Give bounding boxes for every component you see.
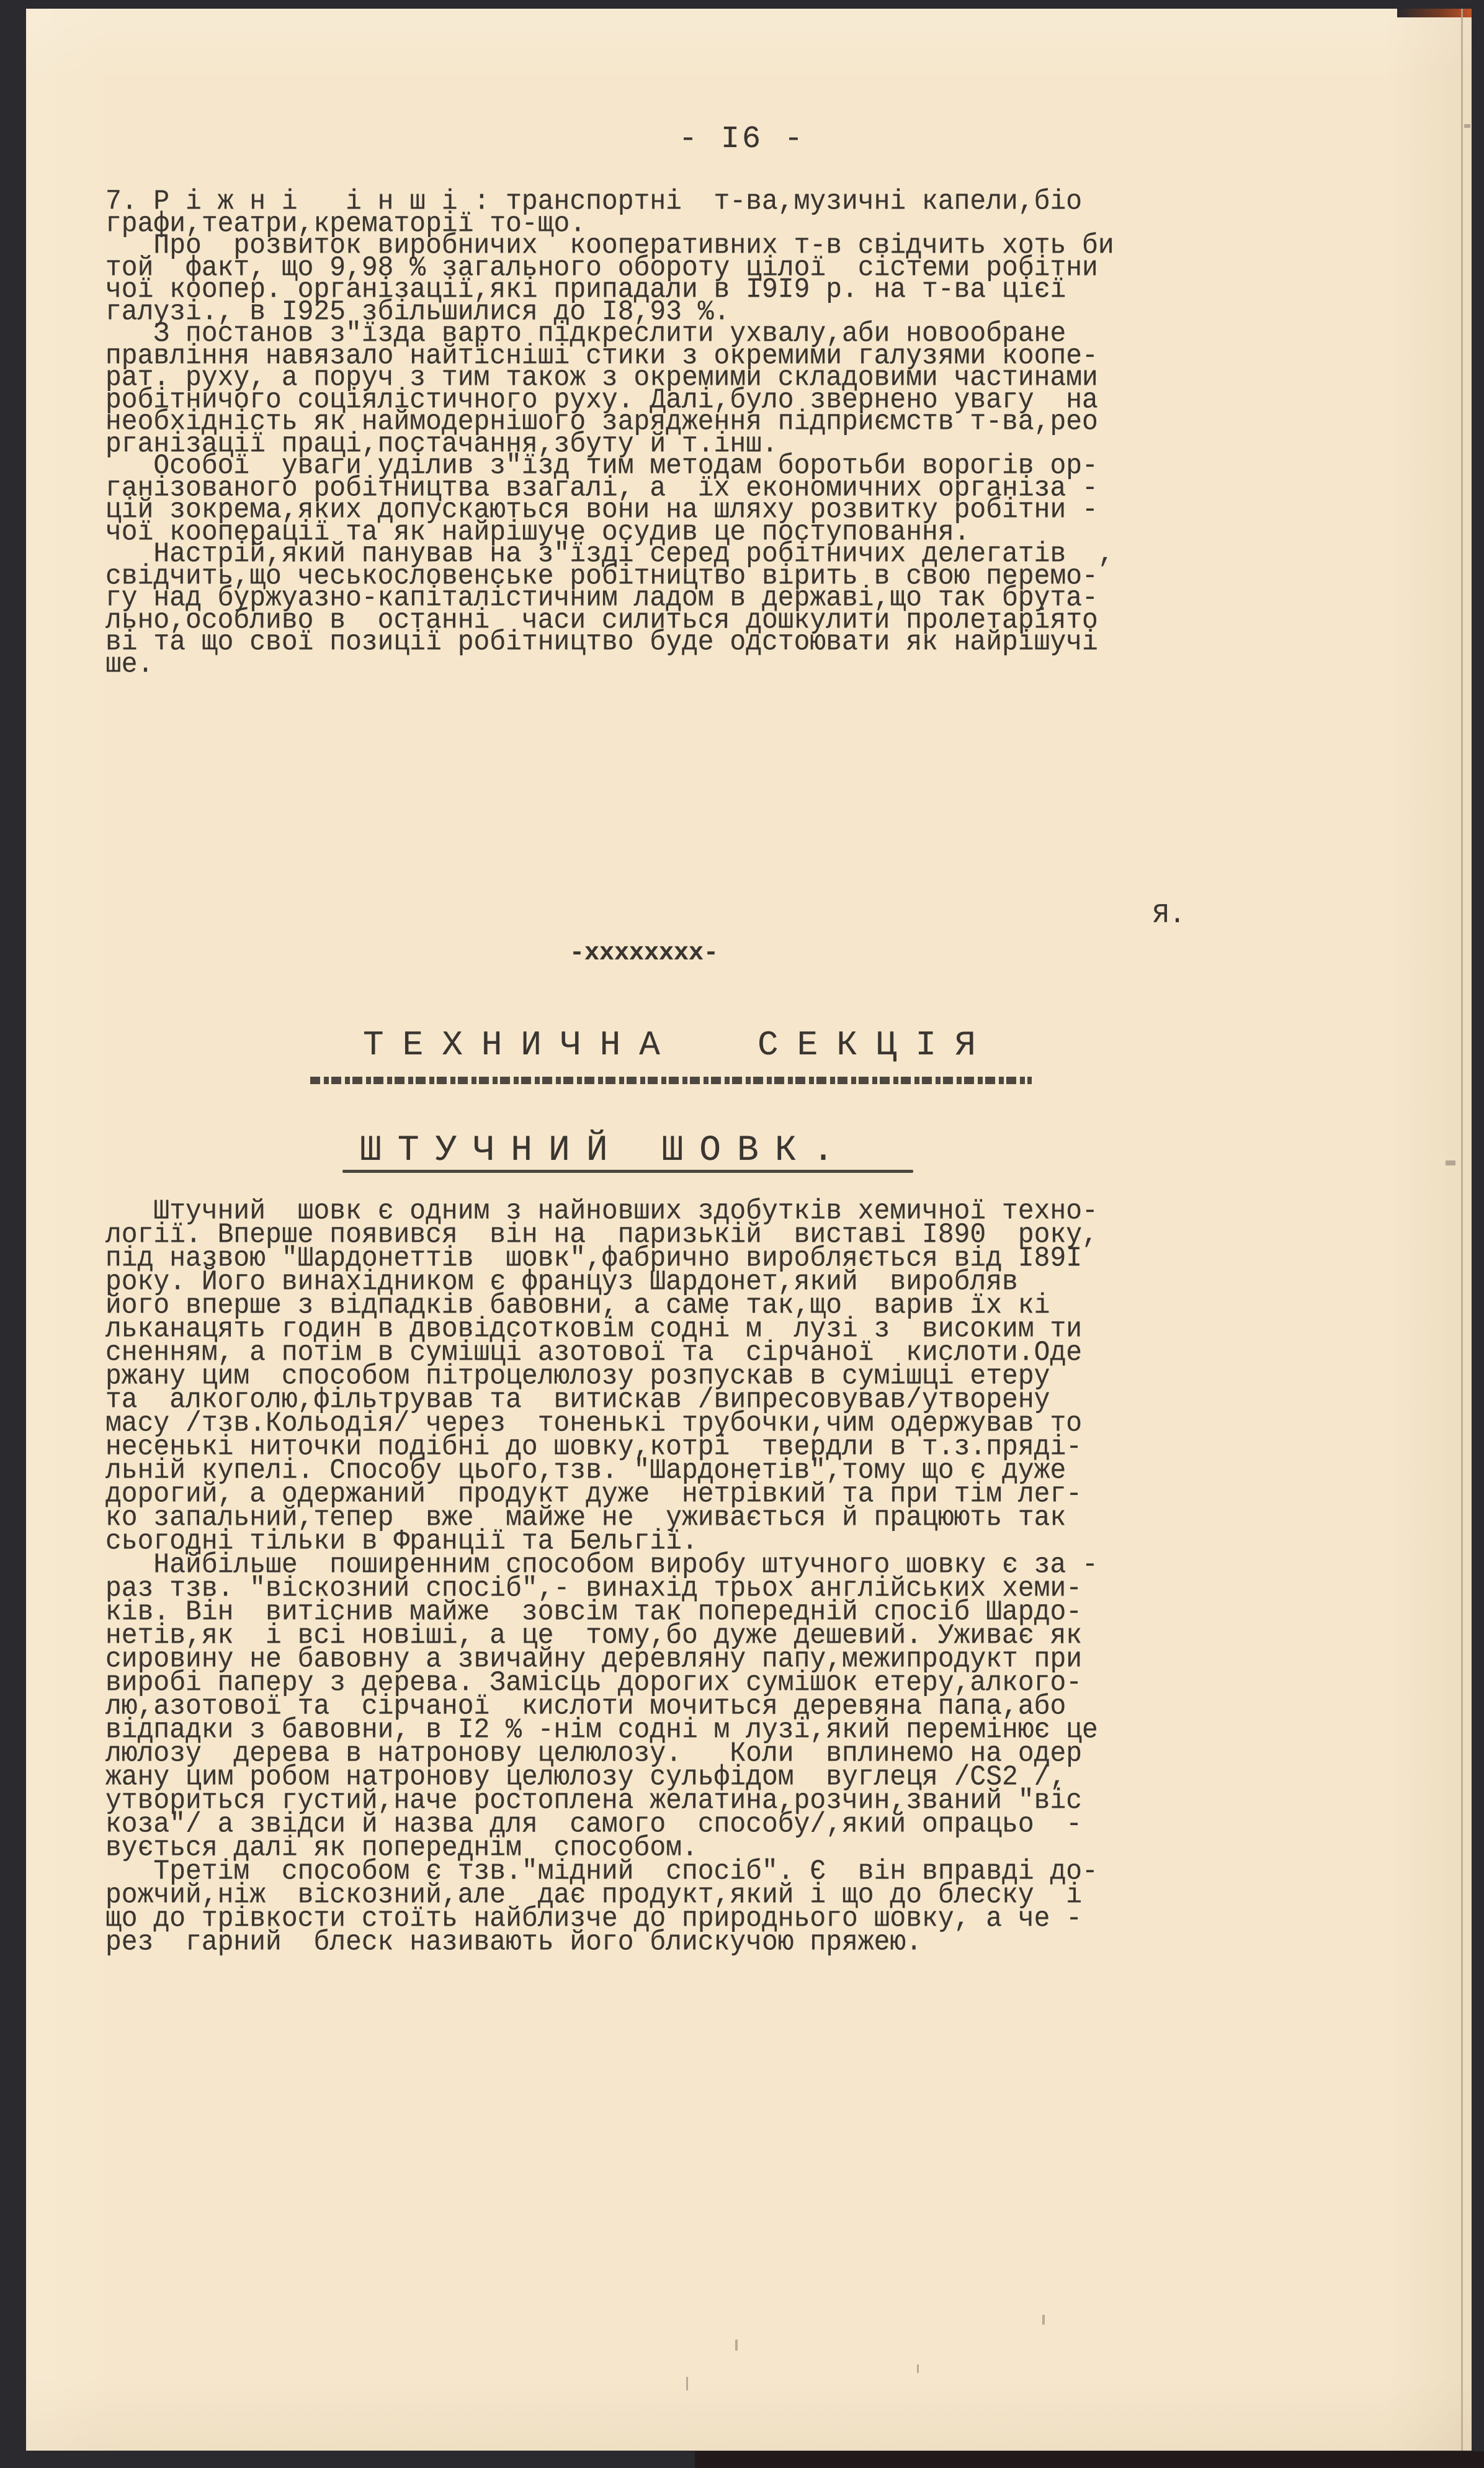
section-heading: ТЕХНИЧНА СЕКЦІЯ xyxy=(363,1025,995,1065)
text-line: рез гарний блеск називають його блискучо… xyxy=(105,1930,1365,1955)
artificial-silk-article-text: Штучний шовк є одним з найновших здобутк… xyxy=(105,1199,1365,1954)
text-line: ві та що свої позиції робітництво буде о… xyxy=(105,630,1365,653)
article-title: ШТУЧНИЙ ШОВК. xyxy=(360,1131,850,1171)
scan-edge-bottom xyxy=(695,2451,1484,2468)
scan-speck xyxy=(917,2364,919,2373)
scan-speck xyxy=(1446,1160,1455,1165)
scan-edge xyxy=(1397,9,1472,17)
article-title-underline xyxy=(342,1170,913,1173)
author-signature: Я. xyxy=(1153,900,1186,931)
page-fold-line xyxy=(1461,9,1463,2451)
scan-speck xyxy=(1464,124,1470,128)
scan-speck xyxy=(1042,2315,1045,2325)
section-divider: -xxxxxxxx- xyxy=(570,940,718,967)
section-heading-underline xyxy=(310,1077,1032,1084)
page-number: - I6 - xyxy=(0,122,1484,157)
scan-speck xyxy=(686,2377,688,2390)
text-line: ше. xyxy=(105,653,1365,676)
cooperative-report-text: 7. Р і ж н і і н ш і : транспортні т-ва,… xyxy=(105,190,1365,675)
scan-speck xyxy=(735,2340,738,2351)
